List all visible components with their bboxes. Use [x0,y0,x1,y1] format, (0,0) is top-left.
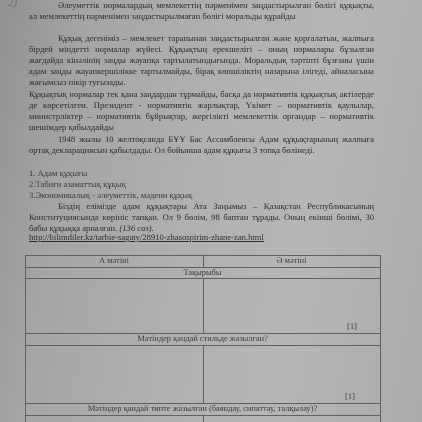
paragraph-text: Құқық дегеніміз – мемлекет тарапынан заң… [29,33,374,87]
answer-cell-a-type[interactable] [27,417,202,422]
row-question-style: Мәтіндер қандай стильде жазылған? [25,334,380,344]
paragraph-text: 1948 жылы 10 желтоқсанда БҰҰ Бас Ассамбл… [29,134,374,155]
worksheet-page: 2) Әлеуметтік нормалардың мемлекеттің пә… [0,0,422,422]
score-mark: [1] [345,391,355,401]
paragraph-text: Құқықтық нормалар тек қана заңдардан тұр… [29,89,374,132]
answer-cell-a-topic[interactable] [27,280,202,332]
answer-cell-a-style[interactable] [27,347,202,402]
table-border-right [380,255,381,422]
column-divider [203,278,204,333]
list-item-civil-rights: 2.Табиғи азаматтық құқық [29,179,126,190]
answer-cell-b-type[interactable] [205,417,379,422]
list-item-human-rights: 1. Адам құқығы [29,168,87,179]
paragraph-text: Біздің елімізде адам құқықтары Ата Заңым… [29,201,374,233]
row-question-type: Мәтіндер қандай типте жазылған (баяндау,… [25,404,380,414]
row-question-topic: Тақырыбы [25,268,380,278]
source-link[interactable]: http://bilimdiler.kz/tarbie-sagaty/28910… [29,232,264,243]
paragraph-social-norms: Әлеуметтік нормалардың мемлекеттің пәрме… [29,0,374,22]
paragraph-law-definition: Құқық дегеніміз – мемлекет тарапынан заң… [29,33,374,88]
header-text-a: А мәтіні [25,256,203,266]
paragraph-declaration: 1948 жылы 10 желтоқсанда БҰҰ Бас Ассамбл… [29,134,374,156]
column-divider [203,415,204,422]
paragraph-constitution: Біздің елімізде адам құқықтары Ата Заңым… [29,201,374,234]
comparison-table: А мәтіні Ә мәтіні Тақырыбы [1] Мәтіндер … [25,255,380,422]
paragraph-text: Әлеуметтік нормалардың мемлекеттің пәрме… [29,0,374,21]
paragraph-legal-norms: Құқықтық нормалар тек қана заңдардан тұр… [29,89,374,133]
score-mark: [1] [347,321,357,331]
task-number: 2) [8,0,17,9]
list-item-economic-rights: 3.Экономикалық - әлеуметтік, мәдени құқы… [29,190,192,201]
header-text-b: Ә мәтіні [203,256,380,266]
column-divider [203,345,204,403]
